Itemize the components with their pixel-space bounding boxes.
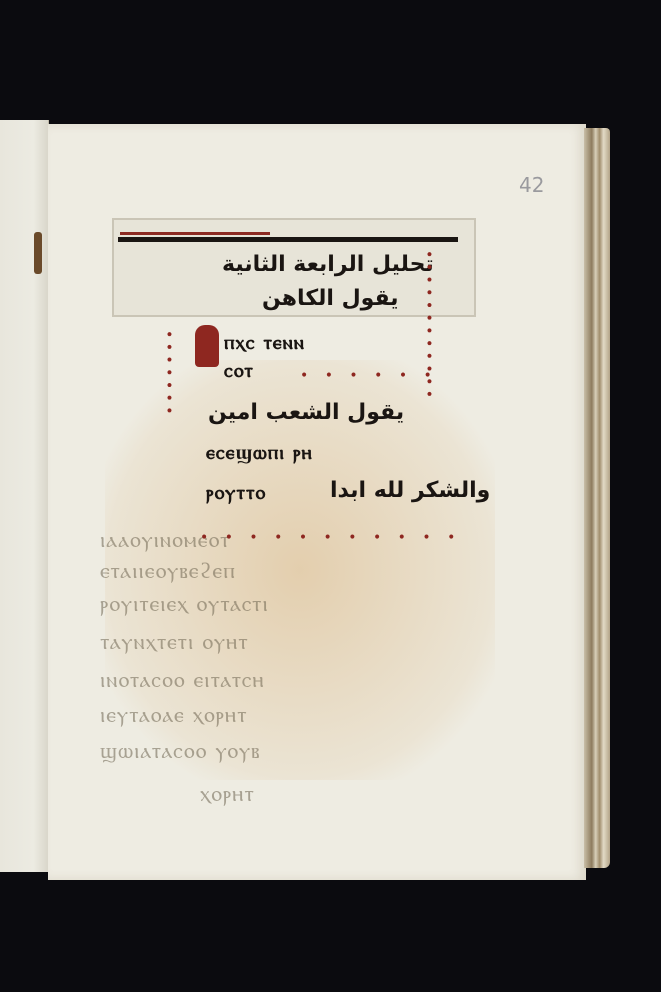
- page-tear: [34, 232, 42, 274]
- heading-rule: [118, 237, 458, 242]
- arabic-line: يقول الكاهن: [262, 286, 399, 311]
- red-dot-border: • • • • • • • • • • •: [200, 530, 461, 546]
- show-through-line: ϣⲱⲓⲁⲧⲁⲥⲟⲟ ⲩⲟⲩⲃ: [100, 738, 261, 764]
- red-dot-border: • • • • • •: [300, 368, 438, 384]
- page-fore-edges: [584, 128, 610, 868]
- coptic-line: ⲣⲟⲩⲧⲧⲟ: [206, 480, 266, 504]
- show-through-line: ⲉⲧⲁⲓⲓⲉⲟⲩⲃⲉϩⲉⲡ: [100, 558, 236, 584]
- arabic-line: تحليل الرابعة الثانية: [222, 252, 434, 277]
- coptic-line: ⲉⲥⲉϣⲱⲡⲓ ⲣⲏ: [206, 440, 313, 465]
- rubric-rule: [120, 232, 270, 235]
- coptic-line: ⲡⲭⲥ ⲧⲉⲛⲛ: [224, 330, 305, 354]
- arabic-line: يقول الشعب امين: [208, 400, 404, 425]
- show-through-line: ⲣⲟⲩⲓⲧⲉⲓⲉⲭ ⲟⲩⲧⲁⲥⲧⲓ: [100, 592, 269, 617]
- folio-number: 42: [519, 173, 544, 197]
- show-through-line: ⲧⲁⲩⲛⲭⲧⲉⲧⲓ ⲟⲩⲏⲧ: [100, 630, 249, 655]
- red-dot-border: • • • • • • •: [160, 330, 176, 415]
- show-through-line: ⲓⲉⲩⲧⲁⲟⲁⲉ ⲭⲟⲣⲏⲧ: [100, 703, 248, 728]
- arabic-line: والشكر لله ابدا: [330, 478, 490, 503]
- coptic-line: ⲥⲟⲧ: [224, 358, 254, 382]
- show-through-line: ⲓⲛⲟⲧⲁⲥⲟⲟ ⲉⲓⲧⲁⲧⲥⲏ: [100, 668, 265, 693]
- red-dot-border: • • • • • • • • • • • •: [420, 250, 436, 398]
- show-through-line: ⲭⲟⲣⲏⲧ: [200, 782, 255, 807]
- red-initial-letter: [195, 325, 219, 367]
